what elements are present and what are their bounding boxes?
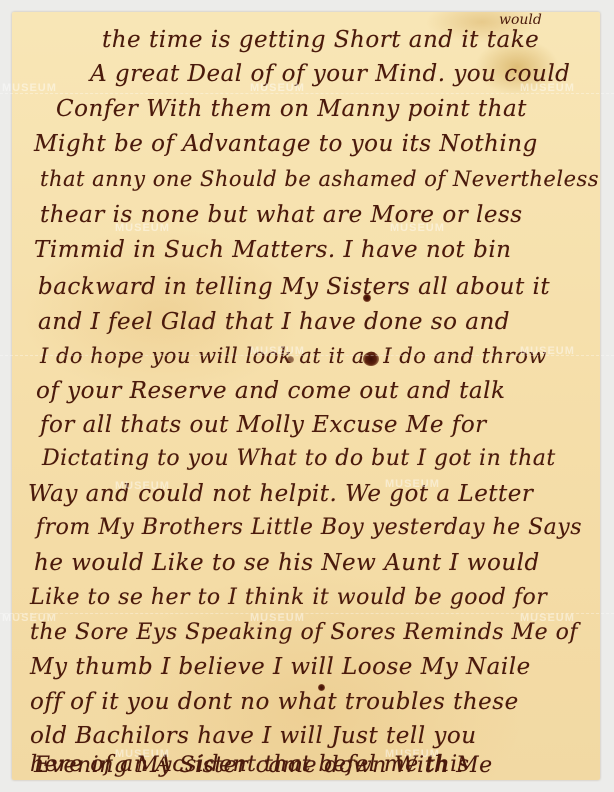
letter-line-14: Way and could not helpit. We got a Lette…: [28, 481, 533, 507]
letter-line-8: backward in telling My Sisters all about…: [38, 274, 550, 300]
letter-line-6: thear is none but what are More or less: [40, 202, 523, 228]
letter-insertion: would: [499, 12, 542, 28]
letter-line-13: Dictating to you What to do but I got in…: [42, 446, 556, 471]
watermark: MUSEUM: [115, 480, 170, 492]
letter-line-9: and I feel Glad that I have done so and: [38, 309, 510, 335]
watermark: MUSEUM: [520, 612, 575, 624]
letter-line-12: for all thats out Molly Excuse Me for: [40, 412, 487, 438]
watermark: MUSEUM: [2, 612, 57, 624]
watermark: MUSEUM: [250, 612, 305, 624]
watermark: MUSEUM: [115, 222, 170, 234]
letter-line-15: from My Brothers Little Boy yesterday he…: [36, 515, 582, 540]
letter-line-3: Confer With them on Manny point that: [56, 96, 527, 122]
watermark: MUSEUM: [520, 82, 575, 94]
letter-line-19: My thumb I believe I will Loose My Naile: [30, 654, 531, 680]
watermark: MUSEUM: [250, 82, 305, 94]
letter-line-16: he would Like to se his New Aunt I would: [34, 550, 540, 576]
letter-line-7: Timmid in Such Matters. I have not bin: [34, 237, 511, 263]
watermark: MUSEUM: [2, 82, 57, 94]
letter-line-4: Might be of Advantage to you its Nothing: [34, 131, 538, 157]
ink-stain: [363, 294, 371, 302]
watermark: MUSEUM: [385, 478, 440, 490]
letter-page: would the time is getting Short and it t…: [12, 12, 600, 780]
letter-line-20: off of it you dont no what troubles thes…: [30, 689, 519, 715]
letter-line-17: Like to se her to I think it would be go…: [30, 585, 547, 610]
letter-line-1: the time is getting Short and it take: [102, 27, 539, 53]
letter-line-11: of your Reserve and come out and talk: [36, 378, 505, 404]
letter-line-23: Evening My Sister came down With Me: [34, 753, 493, 778]
ink-stain: [318, 684, 325, 691]
letter-line-21: old Bachilors have I will Just tell you: [30, 723, 477, 749]
letter-line-5: that anny one Should be ashamed of Never…: [40, 167, 599, 191]
watermark: MUSEUM: [250, 345, 305, 357]
watermark: MUSEUM: [390, 222, 445, 234]
letter-line-2: A great Deal of of your Mind. you could: [90, 61, 570, 87]
ink-stain: [287, 356, 294, 363]
watermark: MUSEUM: [520, 345, 575, 357]
